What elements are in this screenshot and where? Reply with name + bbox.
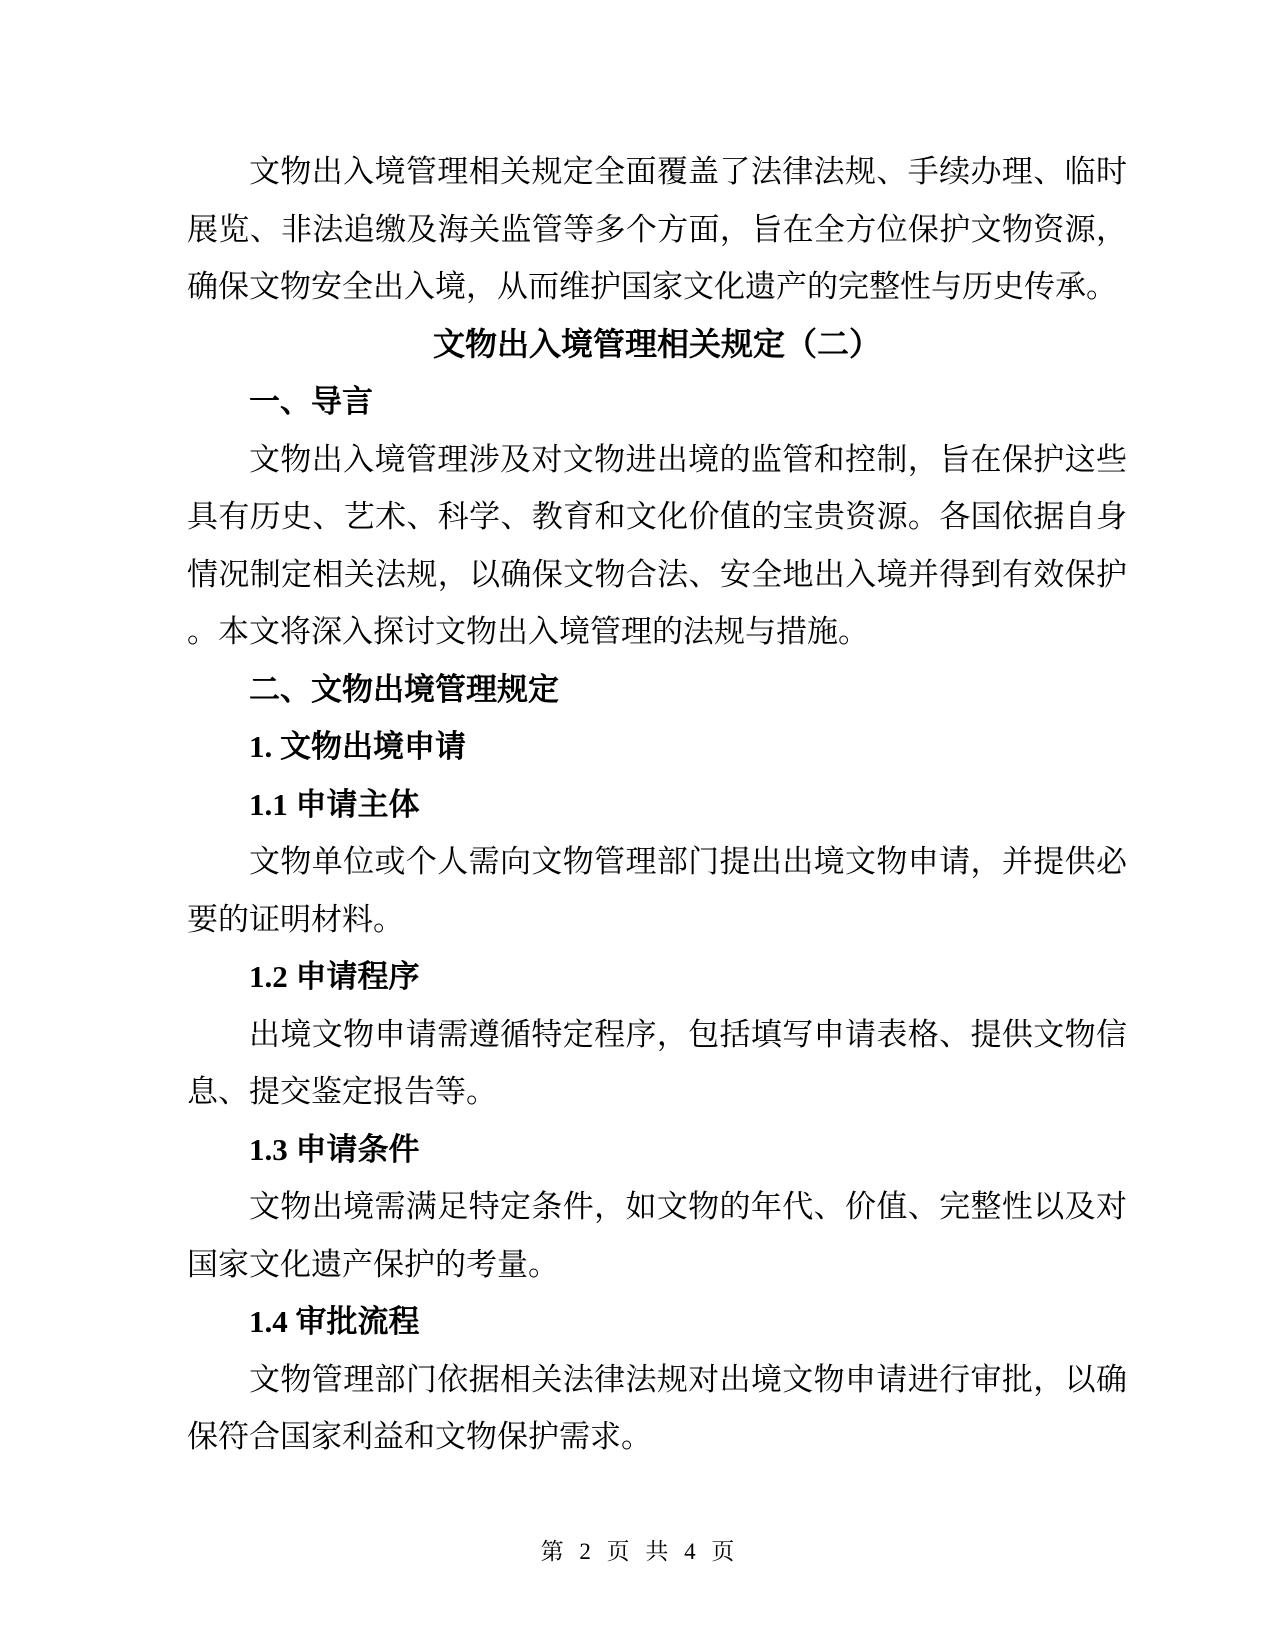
paragraph-application-subject: 文物单位或个人需向文物管理部门提出出境文物申请，并提供必要的证明材料。 <box>187 833 1127 948</box>
heading-export-application: 1. 文物出境申请 <box>187 718 1127 776</box>
document-body: 文物出入境管理相关规定全面覆盖了法律法规、手续办理、临时展览、非法追缴及海关监管… <box>187 143 1127 1466</box>
heading-application-subject: 1.1 申请主体 <box>187 776 1127 834</box>
heading-application-procedure: 1.2 申请程序 <box>187 948 1127 1006</box>
paragraph-application-procedure: 出境文物申请需遵循特定程序，包括填写申请表格、提供文物信息、提交鉴定报告等。 <box>187 1006 1127 1121</box>
paragraph-introduction: 文物出入境管理涉及对文物进出境的监管和控制，旨在保护这些具有历史、艺术、科学、教… <box>187 431 1127 661</box>
heading-application-conditions: 1.3 申请条件 <box>187 1121 1127 1179</box>
heading-introduction: 一、导言 <box>187 373 1127 431</box>
paragraph-application-conditions: 文物出境需满足特定条件，如文物的年代、价值、完整性以及对国家文化遗产保护的考量。 <box>187 1178 1127 1293</box>
heading-approval-process: 1.4 审批流程 <box>187 1293 1127 1351</box>
heading-export-regulations: 二、文物出境管理规定 <box>187 661 1127 719</box>
page-number-text: 第 2 页 共 4 页 <box>541 1539 735 1564</box>
paragraph-approval-process: 文物管理部门依据相关法律法规对出境文物申请进行审批，以确保符合国家利益和文物保护… <box>187 1351 1127 1466</box>
document-page: 文物出入境管理相关规定全面覆盖了法律法规、手续办理、临时展览、非法追缴及海关监管… <box>0 0 1275 1650</box>
paragraph-overview: 文物出入境管理相关规定全面覆盖了法律法规、手续办理、临时展览、非法追缴及海关监管… <box>187 143 1127 316</box>
page-footer: 第 2 页 共 4 页 <box>0 1537 1275 1567</box>
document-title: 文物出入境管理相关规定（二） <box>187 316 1127 374</box>
